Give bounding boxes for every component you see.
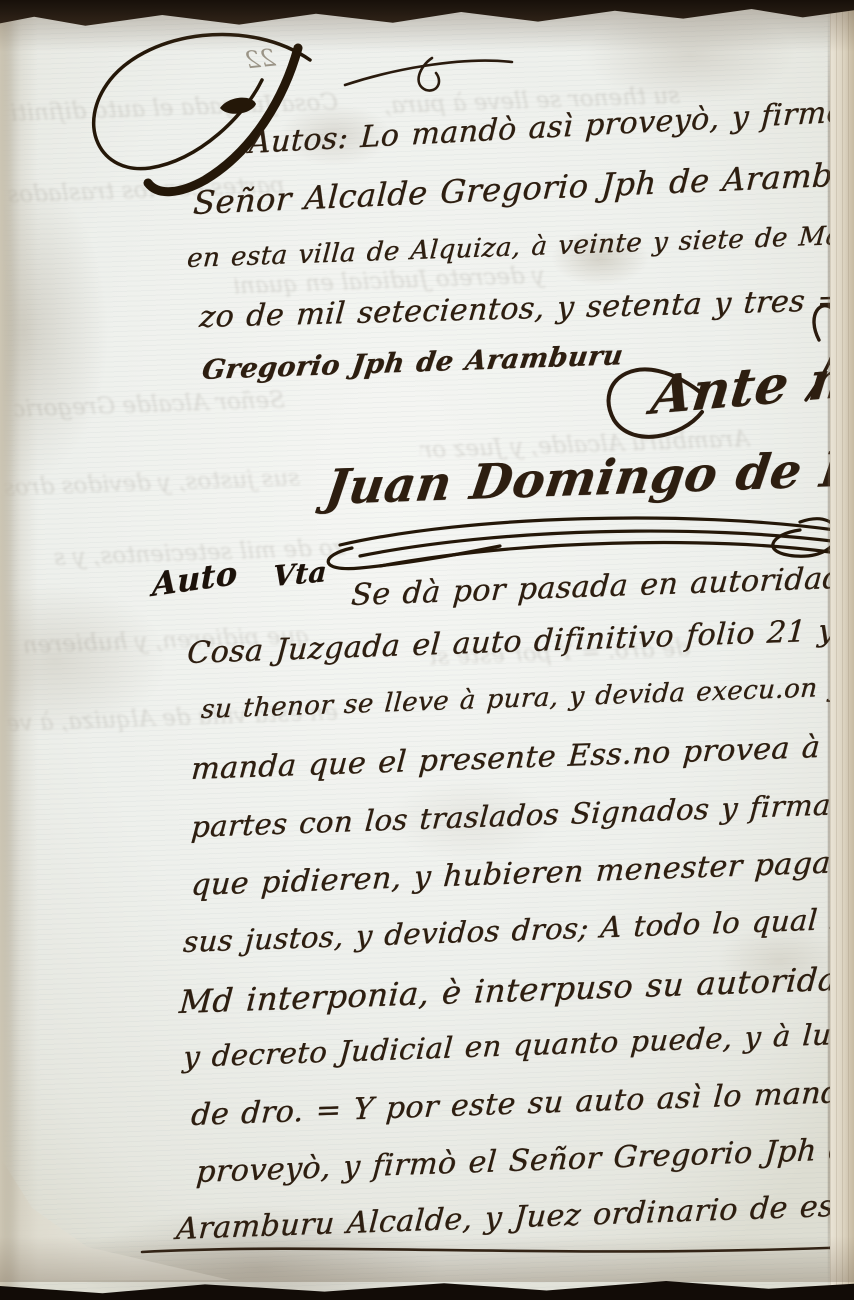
right-page-edge <box>830 0 854 1300</box>
margin-abbrev-vista: Vta <box>272 555 328 593</box>
folio-number: 22 <box>244 43 277 74</box>
manuscript-scan: Cosa Juzgada el auto difinitivo folio 21… <box>0 0 854 1300</box>
